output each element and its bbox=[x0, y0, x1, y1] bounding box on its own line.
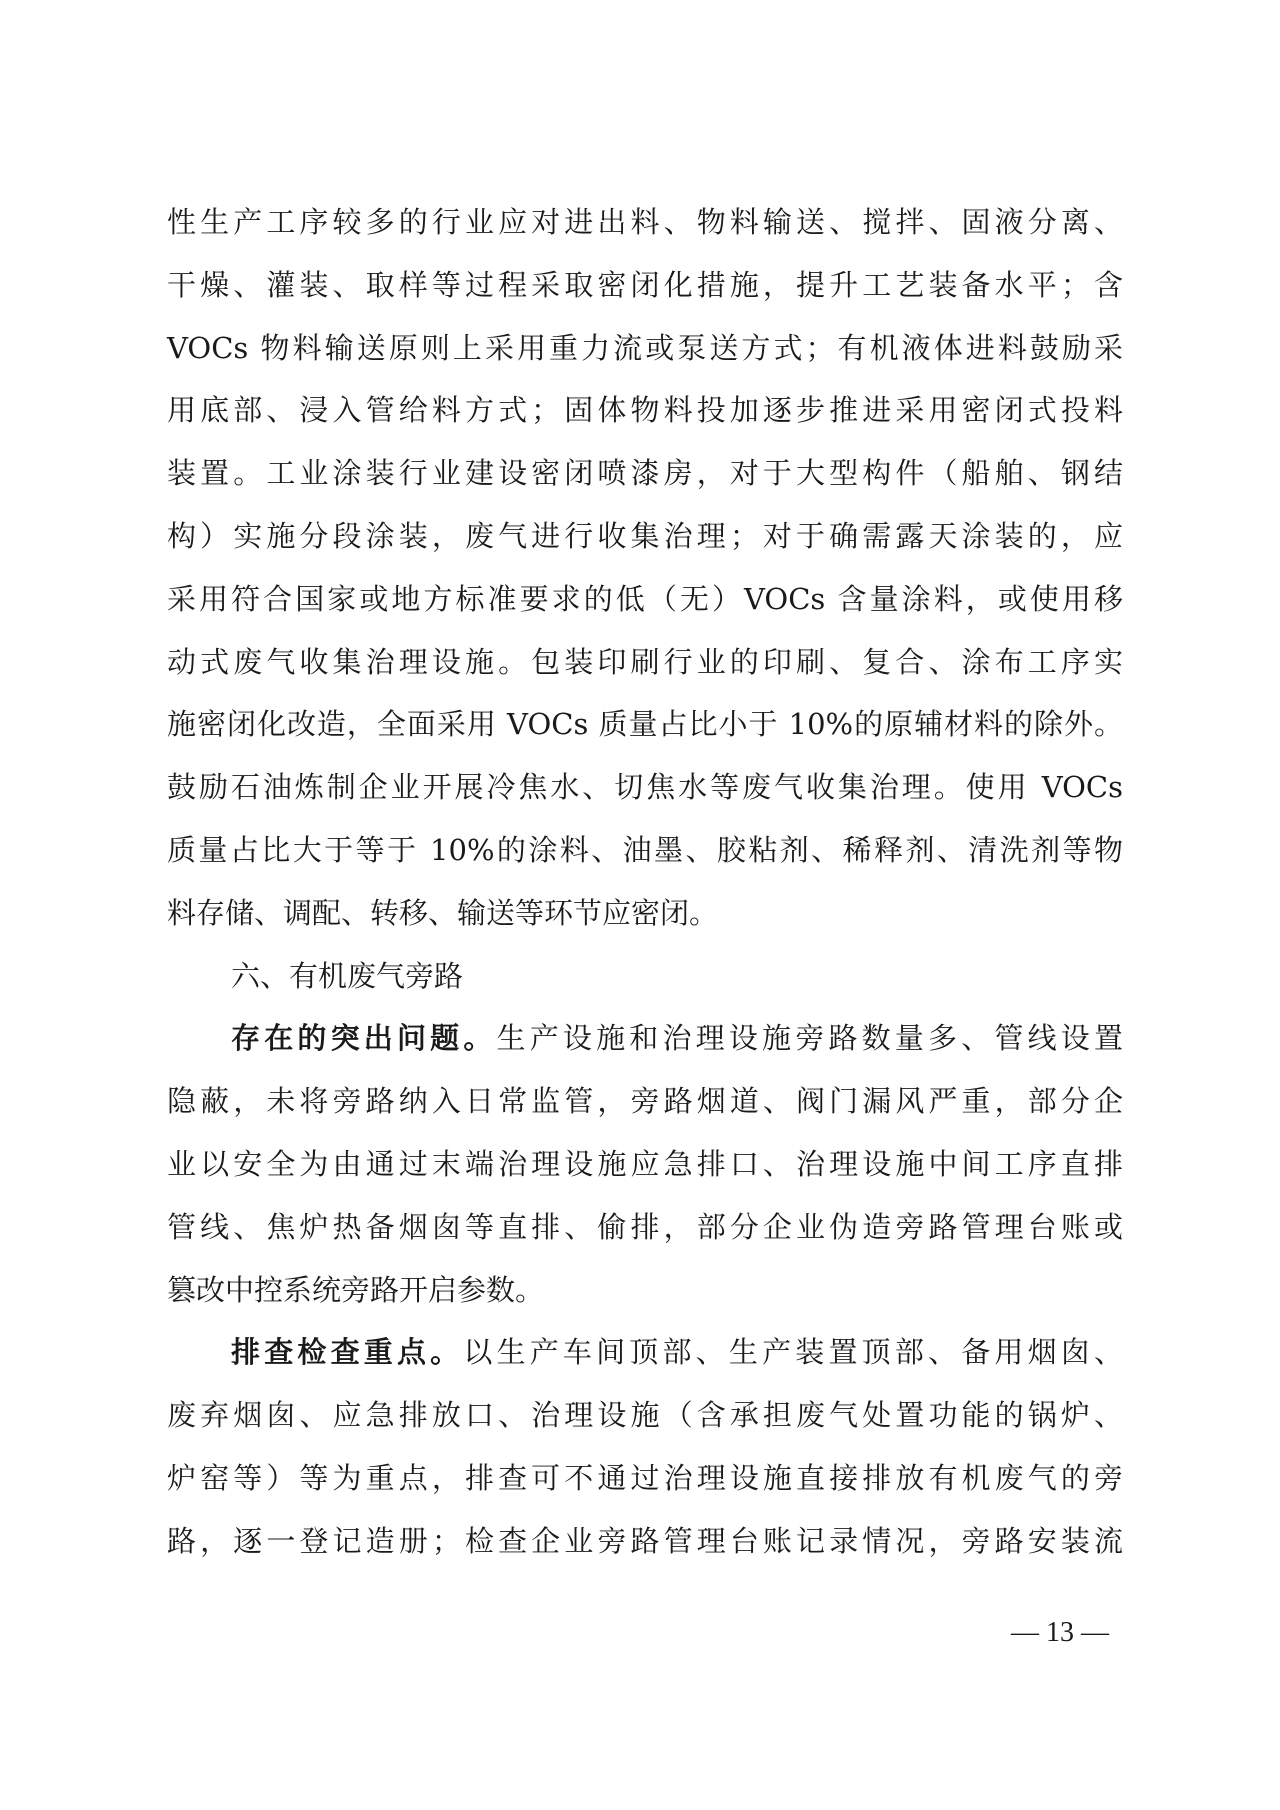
text-run: 以生产车间顶部、生产装置顶部、备用烟囱、 bbox=[463, 1335, 1123, 1369]
text-line: 废弃烟囱、应急排放口、治理设施（含承担废气处置功能的锅炉、 bbox=[167, 1384, 1123, 1447]
text-line: 质量占比大于等于 10%的涂料、油墨、胶粘剂、稀释剂、清洗剂等物 bbox=[167, 819, 1123, 882]
paragraph-outstanding-problems: 存在的突出问题。生产设施和治理设施旁路数量多、管线设置 隐蔽，未将旁路纳入日常监… bbox=[167, 1007, 1123, 1321]
text-line: 篡改中控系统旁路开启参数。 bbox=[167, 1259, 1123, 1322]
paragraph-closed-process-measures: 性生产工序较多的行业应对进出料、物料输送、搅拌、固液分离、 干燥、灌装、取样等过… bbox=[167, 191, 1123, 945]
text-line: 动式废气收集治理设施。包装印刷行业的印刷、复合、涂布工序实 bbox=[167, 631, 1123, 694]
text-line: 构）实施分段涂装，废气进行收集治理；对于确需露天涂装的，应 bbox=[167, 505, 1123, 568]
text-line: 施密闭化改造，全面采用 VOCs 质量占比小于 10%的原辅材料的除外。 bbox=[167, 693, 1123, 756]
paragraph-inspection-focus: 排查检查重点。以生产车间顶部、生产装置顶部、备用烟囱、 废弃烟囱、应急排放口、治… bbox=[167, 1321, 1123, 1572]
text-line: 管线、焦炉热备烟囱等直排、偷排，部分企业伪造旁路管理台账或 bbox=[167, 1196, 1123, 1259]
text-line: 干燥、灌装、取样等过程采取密闭化措施，提升工艺装备水平；含 bbox=[167, 254, 1123, 317]
text-run: 生产设施和治理设施旁路数量多、管线设置 bbox=[497, 1021, 1123, 1055]
page-number: — 13 — bbox=[995, 1612, 1125, 1654]
text-line: 隐蔽，未将旁路纳入日常监管，旁路烟道、阀门漏风严重，部分企 bbox=[167, 1070, 1123, 1133]
paragraph-lead: 排查检查重点。 bbox=[231, 1335, 463, 1369]
text-line: VOCs 物料输送原则上采用重力流或泵送方式；有机液体进料鼓励采 bbox=[167, 317, 1123, 380]
text-line: 性生产工序较多的行业应对进出料、物料输送、搅拌、固液分离、 bbox=[167, 191, 1123, 254]
text-line: 业以安全为由通过末端治理设施应急排口、治理设施中间工序直排 bbox=[167, 1133, 1123, 1196]
text-line: 用底部、浸入管给料方式；固体物料投加逐步推进采用密闭式投料 bbox=[167, 379, 1123, 442]
text-line: 路，逐一登记造册；检查企业旁路管理台账记录情况，旁路安装流 bbox=[167, 1510, 1123, 1573]
section-heading: 六、有机废气旁路 bbox=[167, 945, 1123, 1008]
text-line: 炉窑等）等为重点，排查可不通过治理设施直接排放有机废气的旁 bbox=[167, 1447, 1123, 1510]
text-line: 存在的突出问题。生产设施和治理设施旁路数量多、管线设置 bbox=[167, 1007, 1123, 1070]
text-line: 鼓励石油炼制企业开展冷焦水、切焦水等废气收集治理。使用 VOCs bbox=[167, 756, 1123, 819]
text-line: 料存储、调配、转移、输送等环节应密闭。 bbox=[167, 882, 1123, 945]
paragraph-lead: 存在的突出问题。 bbox=[231, 1021, 497, 1055]
text-line: 排查检查重点。以生产车间顶部、生产装置顶部、备用烟囱、 bbox=[167, 1321, 1123, 1384]
document-body: 性生产工序较多的行业应对进出料、物料输送、搅拌、固液分离、 干燥、灌装、取样等过… bbox=[167, 191, 1123, 1573]
text-line: 装置。工业涂装行业建设密闭喷漆房，对于大型构件（船舶、钢结 bbox=[167, 442, 1123, 505]
text-line: 采用符合国家或地方标准要求的低（无）VOCs 含量涂料，或使用移 bbox=[167, 568, 1123, 631]
